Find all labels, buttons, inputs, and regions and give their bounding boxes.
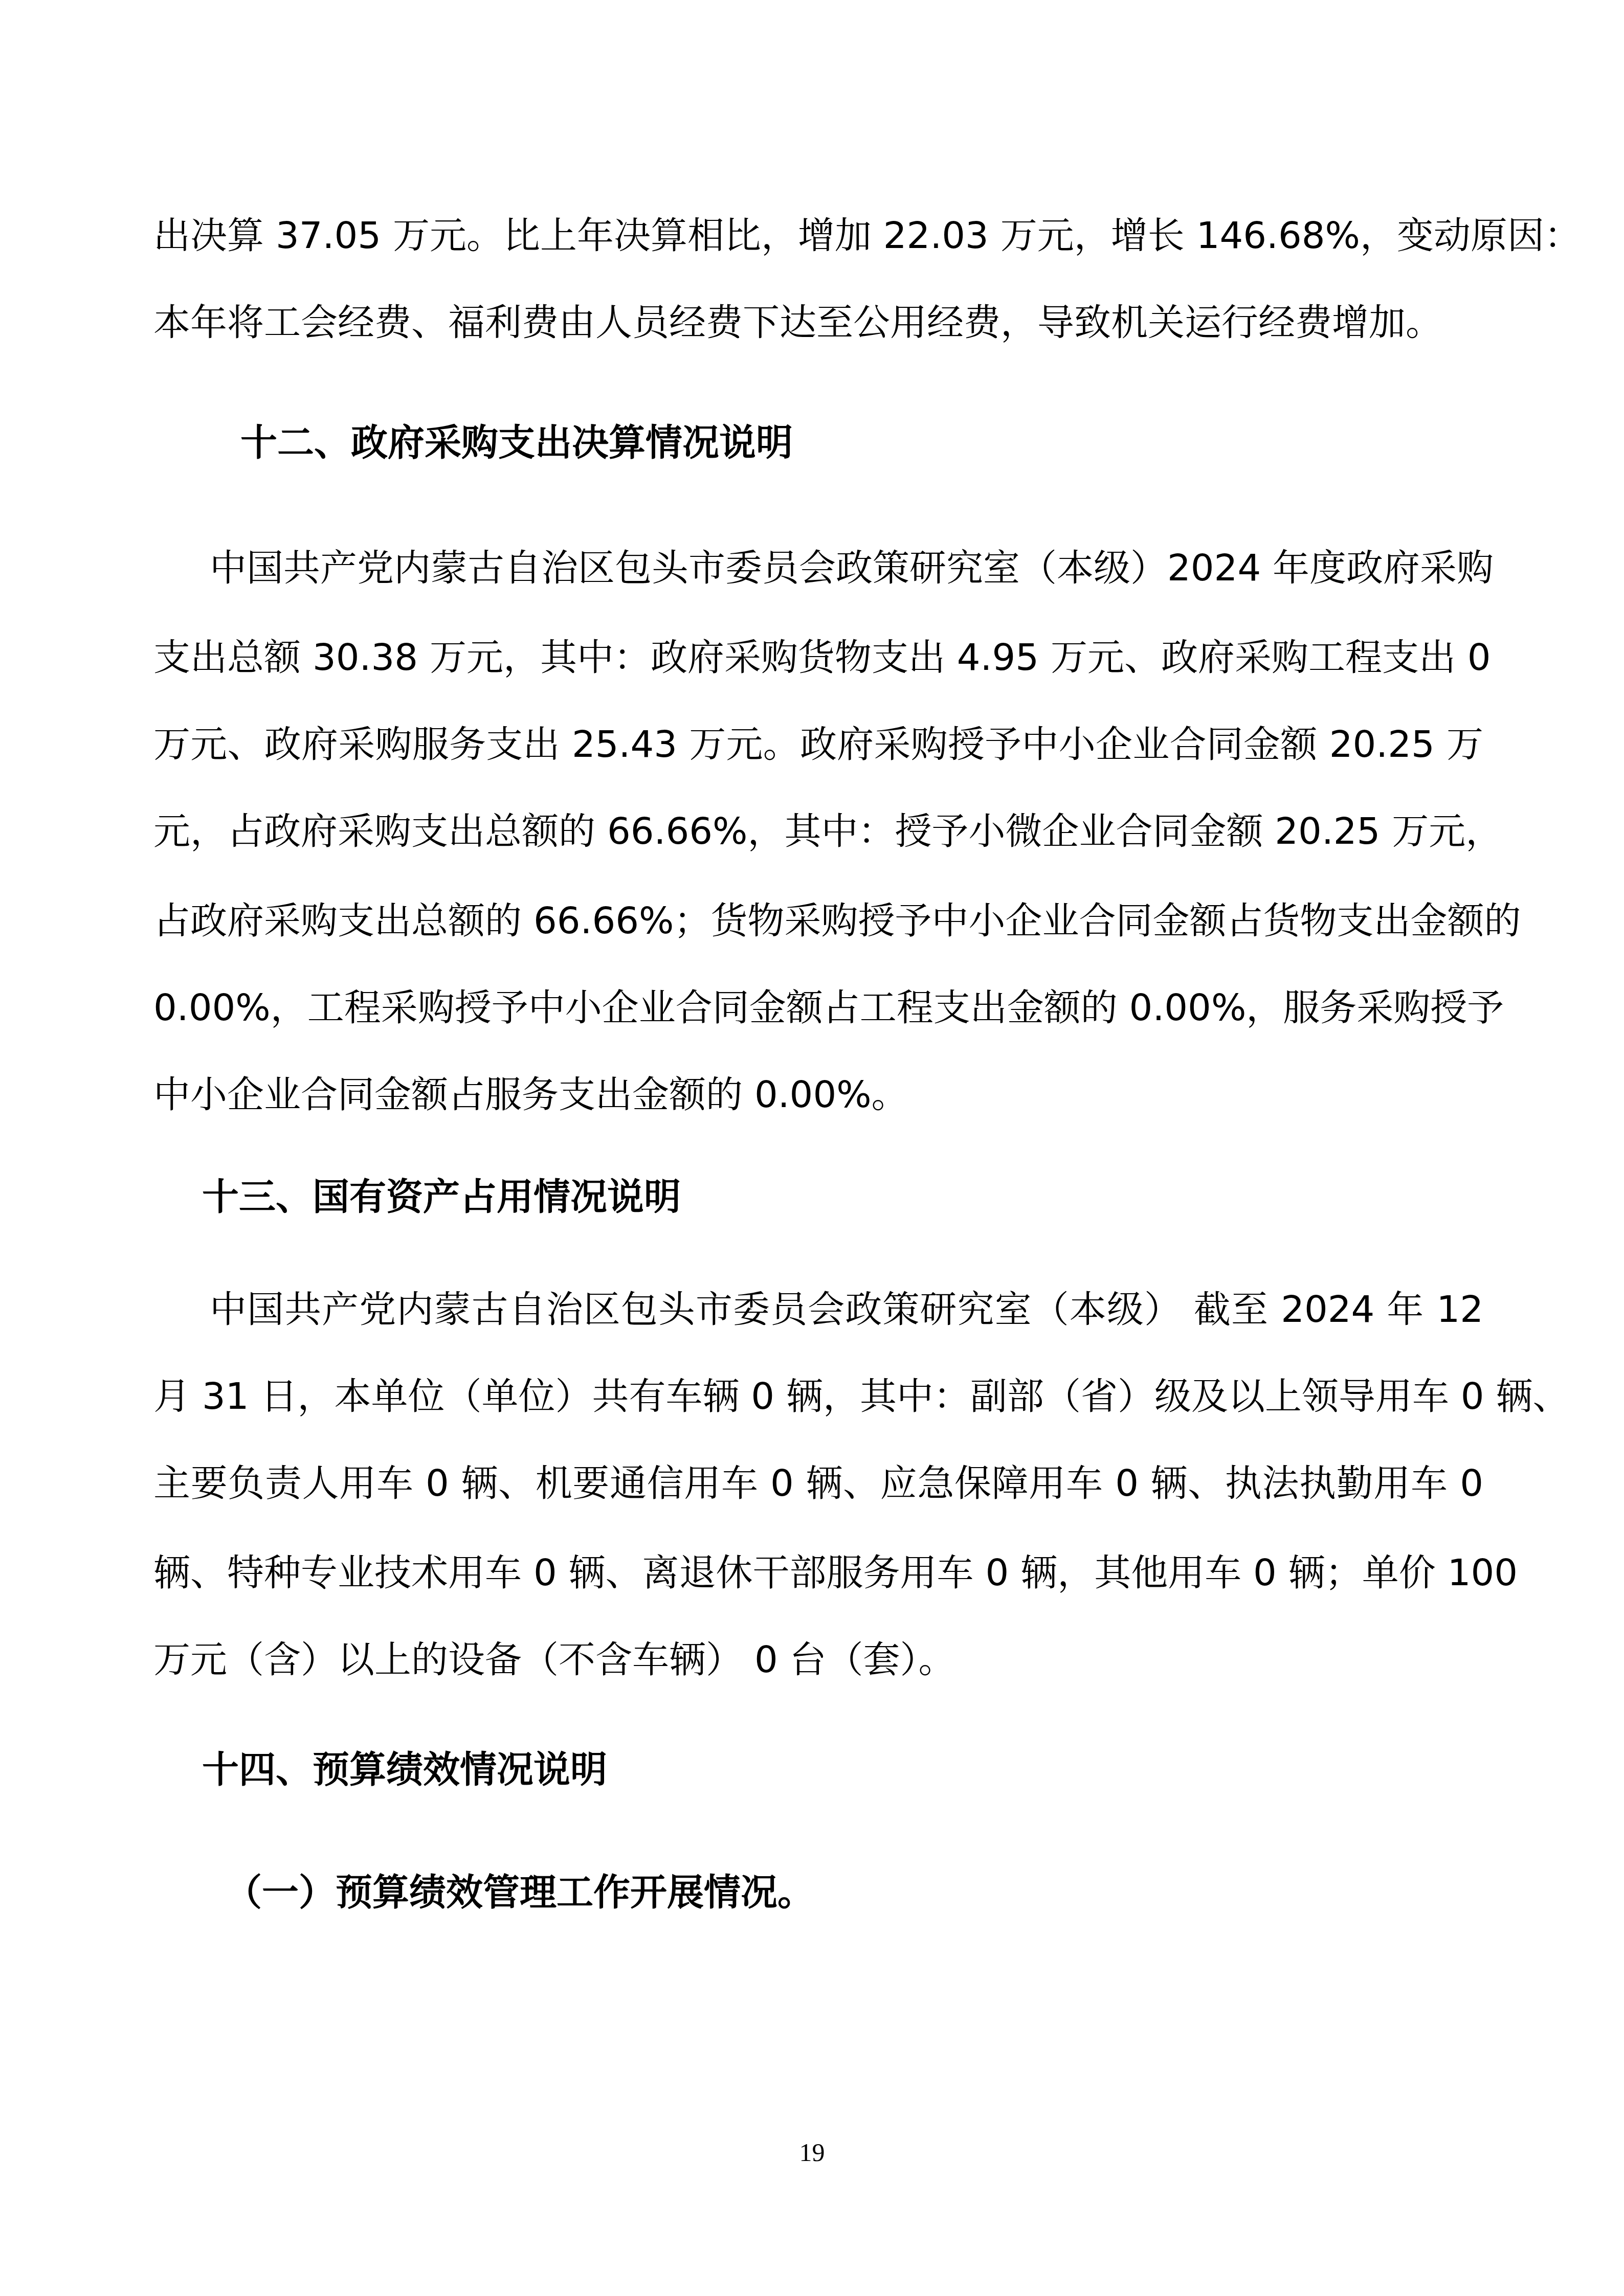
paragraph-line: 出决算 37.05 万元。比上年决算相比，增加 22.03 万元，增长 146.…	[153, 207, 1483, 263]
paragraph-line: 占政府采购支出总额的 66.66%；货物采购授予中小企业合同金额占货物支出金额的	[153, 892, 1483, 949]
paragraph-line: 万元、政府采购服务支出 25.43 万元。政府采购授予中小企业合同金额 20.2…	[153, 716, 1483, 772]
paragraph-line: 支出总额 30.38 万元，其中：政府采购货物支出 4.95 万元、政府采购工程…	[153, 629, 1483, 685]
paragraph-line: 月 31 日，本单位（单位）共有车辆 0 辆，其中：副部（省）级及以上领导用车 …	[153, 1368, 1483, 1424]
subsection-heading: （一）预算绩效管理工作开展情况。	[225, 1864, 814, 1920]
paragraph-line: 0.00%，工程采购授予中小企业合同金额占工程支出金额的 0.00%，服务采购授…	[153, 979, 1483, 1036]
paragraph-line: 本年将工会经费、福利费由人员经费下达至公用经费，导致机关运行经费增加。	[153, 294, 1483, 350]
section-heading-13: 十三、国有资产占用情况说明	[202, 1168, 681, 1225]
paragraph-line: 主要负责人用车 0 辆、机要通信用车 0 辆、应急保障用车 0 辆、执法执勤用车…	[153, 1455, 1483, 1511]
paragraph-line: 万元（含）以上的设备（不含车辆） 0 台（套）。	[153, 1631, 1483, 1687]
paragraph-line: 中小企业合同金额占服务支出金额的 0.00%。	[153, 1066, 1483, 1122]
section-heading-14: 十四、预算绩效情况说明	[202, 1741, 607, 1797]
paragraph-line: 中国共产党内蒙古自治区包头市委员会政策研究室（本级） 截至 2024 年 12	[210, 1281, 1483, 1337]
paragraph-line: 元，占政府采购支出总额的 66.66%，其中：授予小微企业合同金额 20.25 …	[153, 803, 1483, 859]
page-number: 19	[0, 2137, 1624, 2167]
document-page: 出决算 37.05 万元。比上年决算相比，增加 22.03 万元，增长 146.…	[0, 0, 1624, 2296]
paragraph-line: 辆、特种专业技术用车 0 辆、离退休干部服务用车 0 辆，其他用车 0 辆；单价…	[153, 1544, 1483, 1601]
paragraph-line: 中国共产党内蒙古自治区包头市委员会政策研究室（本级）2024 年度政府采购	[210, 539, 1483, 596]
section-heading-12: 十二、政府采购支出决算情况说明	[240, 414, 793, 470]
